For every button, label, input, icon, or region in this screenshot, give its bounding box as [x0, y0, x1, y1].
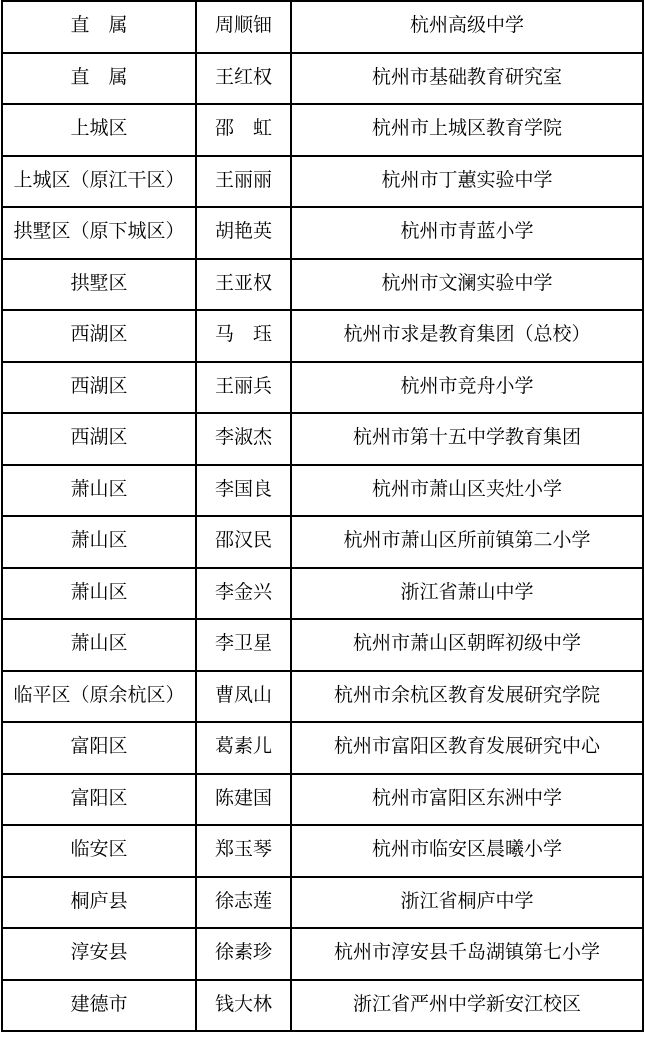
district-cell: 拱墅区: [2, 259, 196, 311]
school-cell: 杭州市富阳区东洲中学: [291, 774, 643, 826]
table-body: 直 属 周顺钿 杭州高级中学 直 属 王红权 杭州市基础教育研究室 上城区 邵 …: [2, 1, 643, 1031]
school-cell: 杭州市上城区教育学院: [291, 104, 643, 156]
name-cell: 葛素儿: [196, 722, 291, 774]
table-row: 萧山区 李卫星 杭州市萧山区朝晖初级中学: [2, 619, 643, 671]
district-cell: 淳安县: [2, 928, 196, 980]
school-cell: 杭州市基础教育研究室: [291, 53, 643, 105]
table-row: 临平区（原余杭区） 曹凤山 杭州市余杭区教育发展研究学院: [2, 671, 643, 723]
table-row: 直 属 王红权 杭州市基础教育研究室: [2, 53, 643, 105]
name-cell: 钱大林: [196, 980, 291, 1032]
district-cell: 上城区: [2, 104, 196, 156]
table-row: 萧山区 邵汉民 杭州市萧山区所前镇第二小学: [2, 516, 643, 568]
table-row: 上城区 邵 虹 杭州市上城区教育学院: [2, 104, 643, 156]
table-row: 富阳区 葛素儿 杭州市富阳区教育发展研究中心: [2, 722, 643, 774]
district-cell: 上城区（原江干区）: [2, 156, 196, 208]
name-cell: 陈建国: [196, 774, 291, 826]
name-cell: 胡艳英: [196, 207, 291, 259]
district-cell: 萧山区: [2, 465, 196, 517]
district-cell: 萧山区: [2, 516, 196, 568]
district-cell: 临安区: [2, 825, 196, 877]
school-cell: 杭州市萧山区所前镇第二小学: [291, 516, 643, 568]
school-cell: 浙江省桐庐中学: [291, 877, 643, 929]
name-cell: 李国良: [196, 465, 291, 517]
name-cell: 王亚权: [196, 259, 291, 311]
table-row: 拱墅区（原下城区） 胡艳英 杭州市青蓝小学: [2, 207, 643, 259]
school-cell: 浙江省严州中学新安江校区: [291, 980, 643, 1032]
name-cell: 曹凤山: [196, 671, 291, 723]
school-cell: 杭州市临安区晨曦小学: [291, 825, 643, 877]
name-cell: 邵汉民: [196, 516, 291, 568]
table-row: 上城区（原江干区） 王丽丽 杭州市丁蕙实验中学: [2, 156, 643, 208]
district-cell: 西湖区: [2, 310, 196, 362]
table-row: 富阳区 陈建国 杭州市富阳区东洲中学: [2, 774, 643, 826]
name-cell: 周顺钿: [196, 1, 291, 53]
district-cell: 建德市: [2, 980, 196, 1032]
school-cell: 杭州市萧山区朝晖初级中学: [291, 619, 643, 671]
district-cell: 西湖区: [2, 362, 196, 414]
school-cell: 杭州市竞舟小学: [291, 362, 643, 414]
name-cell: 徐素珍: [196, 928, 291, 980]
district-cell: 直 属: [2, 1, 196, 53]
name-cell: 李卫星: [196, 619, 291, 671]
school-cell: 杭州市文澜实验中学: [291, 259, 643, 311]
table-row: 建德市 钱大林 浙江省严州中学新安江校区: [2, 980, 643, 1032]
school-cell: 杭州市青蓝小学: [291, 207, 643, 259]
school-cell: 杭州市余杭区教育发展研究学院: [291, 671, 643, 723]
table-row: 西湖区 李淑杰 杭州市第十五中学教育集团: [2, 413, 643, 465]
name-cell: 徐志莲: [196, 877, 291, 929]
table-row: 西湖区 马 珏 杭州市求是教育集团（总校）: [2, 310, 643, 362]
school-cell: 杭州市富阳区教育发展研究中心: [291, 722, 643, 774]
school-cell: 杭州市第十五中学教育集团: [291, 413, 643, 465]
school-cell: 杭州市求是教育集团（总校）: [291, 310, 643, 362]
district-cell: 拱墅区（原下城区）: [2, 207, 196, 259]
district-cell: 萧山区: [2, 568, 196, 620]
name-cell: 马 珏: [196, 310, 291, 362]
district-cell: 临平区（原余杭区）: [2, 671, 196, 723]
table-row: 萧山区 李金兴 浙江省萧山中学: [2, 568, 643, 620]
district-cell: 直 属: [2, 53, 196, 105]
table-row: 临安区 郑玉琴 杭州市临安区晨曦小学: [2, 825, 643, 877]
school-cell: 杭州市萧山区夹灶小学: [291, 465, 643, 517]
table-row: 拱墅区 王亚权 杭州市文澜实验中学: [2, 259, 643, 311]
school-cell: 杭州高级中学: [291, 1, 643, 53]
table-row: 直 属 周顺钿 杭州高级中学: [2, 1, 643, 53]
district-cell: 西湖区: [2, 413, 196, 465]
name-cell: 王红权: [196, 53, 291, 105]
school-cell: 杭州市丁蕙实验中学: [291, 156, 643, 208]
district-cell: 桐庐县: [2, 877, 196, 929]
name-cell: 邵 虹: [196, 104, 291, 156]
district-cell: 富阳区: [2, 722, 196, 774]
table-row: 西湖区 王丽兵 杭州市竞舟小学: [2, 362, 643, 414]
table-row: 萧山区 李国良 杭州市萧山区夹灶小学: [2, 465, 643, 517]
name-cell: 李金兴: [196, 568, 291, 620]
teacher-roster-table: 直 属 周顺钿 杭州高级中学 直 属 王红权 杭州市基础教育研究室 上城区 邵 …: [1, 0, 644, 1032]
school-cell: 杭州市淳安县千岛湖镇第七小学: [291, 928, 643, 980]
name-cell: 王丽兵: [196, 362, 291, 414]
district-cell: 富阳区: [2, 774, 196, 826]
school-cell: 浙江省萧山中学: [291, 568, 643, 620]
table-row: 淳安县 徐素珍 杭州市淳安县千岛湖镇第七小学: [2, 928, 643, 980]
name-cell: 郑玉琴: [196, 825, 291, 877]
name-cell: 李淑杰: [196, 413, 291, 465]
table-row: 桐庐县 徐志莲 浙江省桐庐中学: [2, 877, 643, 929]
district-cell: 萧山区: [2, 619, 196, 671]
name-cell: 王丽丽: [196, 156, 291, 208]
